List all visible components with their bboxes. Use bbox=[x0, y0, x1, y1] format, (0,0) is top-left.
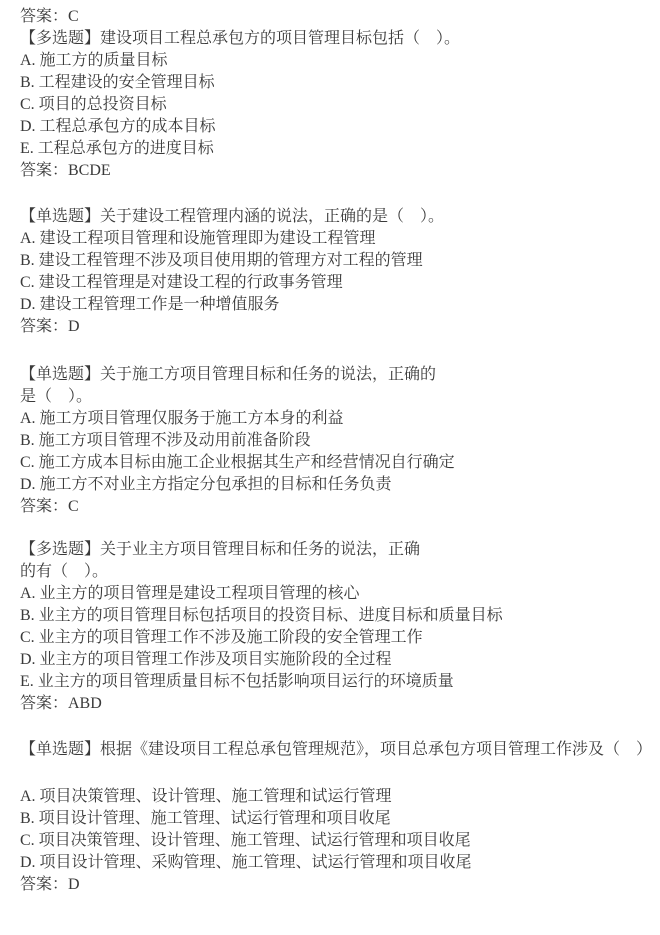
option-line-b: B. 工程建设的安全管理目标 bbox=[20, 72, 642, 94]
option-line-e: E. 业主方的项目管理质量目标不包括影响项目运行的环境质量 bbox=[20, 671, 642, 693]
option-line-a: A. 业主方的项目管理是建设工程项目管理的核心 bbox=[20, 583, 642, 605]
question-block-1: 【多选题】建设项目工程总承包方的项目管理目标包括（ ）。 A. 施工方的质量目标… bbox=[20, 28, 642, 182]
blank-line-spacer bbox=[20, 761, 642, 786]
answer-line: 答案：D bbox=[20, 874, 642, 896]
option-line-d: D. 建设工程管理工作是一种增值服务 bbox=[20, 294, 642, 316]
answer-line: 答案：BCDE bbox=[20, 160, 642, 182]
exam-document: 答案：C 【多选题】建设项目工程总承包方的项目管理目标包括（ ）。 A. 施工方… bbox=[0, 0, 660, 935]
option-line-c: C. 项目决策管理、设计管理、施工管理、试运行管理和项目收尾 bbox=[20, 830, 642, 852]
answer-line: 答案：ABD bbox=[20, 693, 642, 715]
answer-line: 答案：D bbox=[20, 316, 642, 338]
question-stem-line: 是（ ）。 bbox=[20, 386, 642, 408]
option-line-b: B. 建设工程管理不涉及项目使用期的管理方对工程的管理 bbox=[20, 250, 642, 272]
question-stem-line: 【单选题】关于建设工程管理内涵的说法，正确的是（ ）。 bbox=[20, 206, 642, 228]
question-block-3: 【单选题】关于施工方项目管理目标和任务的说法，正确的 是（ ）。 A. 施工方项… bbox=[20, 364, 642, 518]
answer-line: 答案：C bbox=[20, 6, 642, 28]
option-line-c: C. 业主方的项目管理工作不涉及施工阶段的安全管理工作 bbox=[20, 627, 642, 649]
answer-line: 答案：C bbox=[20, 496, 642, 518]
option-line-c: C. 建设工程管理是对建设工程的行政事务管理 bbox=[20, 272, 642, 294]
option-line-d: D. 项目设计管理、采购管理、施工管理、试运行管理和项目收尾 bbox=[20, 852, 642, 874]
option-line-d: D. 工程总承包方的成本目标 bbox=[20, 116, 642, 138]
question-stem-line: 【多选题】建设项目工程总承包方的项目管理目标包括（ ）。 bbox=[20, 28, 642, 50]
option-line-a: A. 项目决策管理、设计管理、施工管理和试运行管理 bbox=[20, 786, 642, 808]
question-stem-line: 【单选题】关于施工方项目管理目标和任务的说法，正确的 bbox=[20, 364, 642, 386]
option-line-d: D. 业主方的项目管理工作涉及项目实施阶段的全过程 bbox=[20, 649, 642, 671]
question-stem-line: 的有（ ）。 bbox=[20, 561, 642, 583]
option-line-a: A. 建设工程项目管理和设施管理即为建设工程管理 bbox=[20, 228, 642, 250]
option-line-b: B. 业主方的项目管理目标包括项目的投资目标、进度目标和质量目标 bbox=[20, 605, 642, 627]
option-line-a: A. 施工方项目管理仅服务于施工方本身的利益 bbox=[20, 408, 642, 430]
option-line-d: D. 施工方不对业主方指定分包承担的目标和任务负责 bbox=[20, 474, 642, 496]
question-block-5: 【单选题】根据《建设项目工程总承包管理规范》，项目总承包方项目管理工作涉及（ ）… bbox=[20, 739, 642, 896]
question-block-2: 【单选题】关于建设工程管理内涵的说法，正确的是（ ）。 A. 建设工程项目管理和… bbox=[20, 206, 642, 338]
option-line-a: A. 施工方的质量目标 bbox=[20, 50, 642, 72]
option-line-b: B. 项目设计管理、施工管理、试运行管理和项目收尾 bbox=[20, 808, 642, 830]
option-line-c: C. 项目的总投资目标 bbox=[20, 94, 642, 116]
option-line-e: E. 工程总承包方的进度目标 bbox=[20, 138, 642, 160]
question-block-4: 【多选题】关于业主方项目管理目标和任务的说法，正确 的有（ ）。 A. 业主方的… bbox=[20, 539, 642, 715]
option-line-b: B. 施工方项目管理不涉及动用前准备阶段 bbox=[20, 430, 642, 452]
question-stem-line: 【多选题】关于业主方项目管理目标和任务的说法，正确 bbox=[20, 539, 642, 561]
question-stem-line: 【单选题】根据《建设项目工程总承包管理规范》，项目总承包方项目管理工作涉及（ ）… bbox=[20, 739, 642, 761]
option-line-c: C. 施工方成本目标由施工企业根据其生产和经营情况自行确定 bbox=[20, 452, 642, 474]
